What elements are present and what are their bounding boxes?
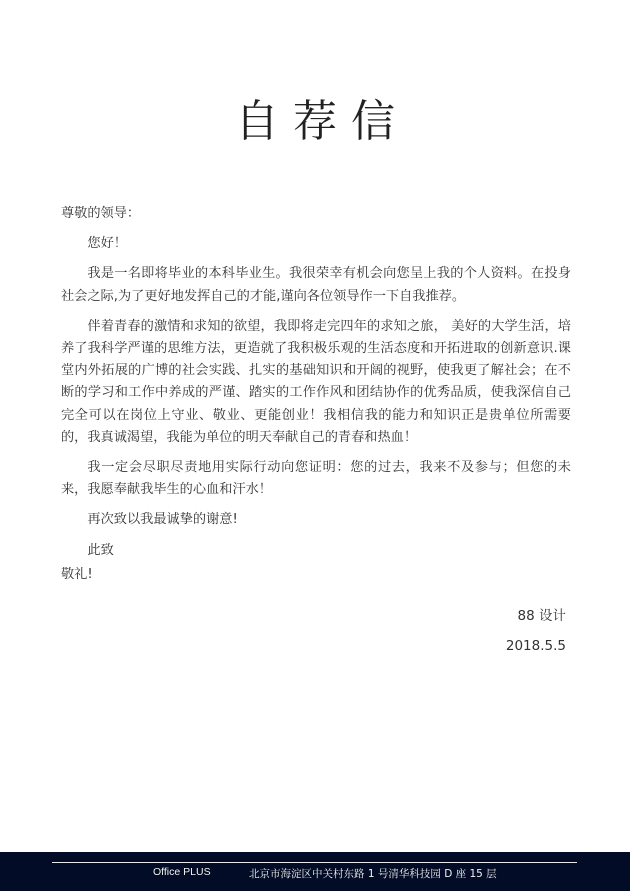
footer-address: 北京市海淀区中关村东路 1 号清华科技园 D 座 15 层 (249, 866, 497, 881)
letter-body: 尊敬的领导： 您好！ 我是一名即将毕业的本科毕业生。我很荣幸有机会向您呈上我的个… (61, 203, 571, 594)
signature: 88 设计 (506, 601, 566, 631)
date: 2018.5.5 (506, 631, 566, 661)
closing-line-1: 此致 (61, 540, 571, 562)
paragraph-intro: 我是一名即将毕业的本科毕业生。我很荣幸有机会向您呈上我的个人资料。在投身社会之际… (61, 263, 571, 307)
page-title: 自荐信 (0, 92, 630, 152)
paragraph-thanks: 再次致以我最诚挚的谢意! (61, 509, 571, 531)
paragraph-experience: 伴着青春的激情和求知的欲望，我即将走完四年的求知之旅， 美好的大学生活，培养了我… (61, 316, 571, 449)
greeting: 您好！ (61, 233, 571, 255)
paragraph-commitment: 我一定会尽职尽责地用实际行动向您证明：您的过去，我来不及参与；但您的未来，我愿奉… (61, 457, 571, 501)
signature-block: 88 设计 2018.5.5 (506, 601, 566, 661)
closing-line-2: 敬礼! (61, 564, 571, 586)
footer-divider (52, 862, 577, 863)
salutation: 尊敬的领导： (61, 203, 571, 225)
footer-bar: Office PLUS 北京市海淀区中关村东路 1 号清华科技园 D 座 15 … (0, 852, 630, 891)
footer-brand: Office PLUS (153, 866, 211, 878)
